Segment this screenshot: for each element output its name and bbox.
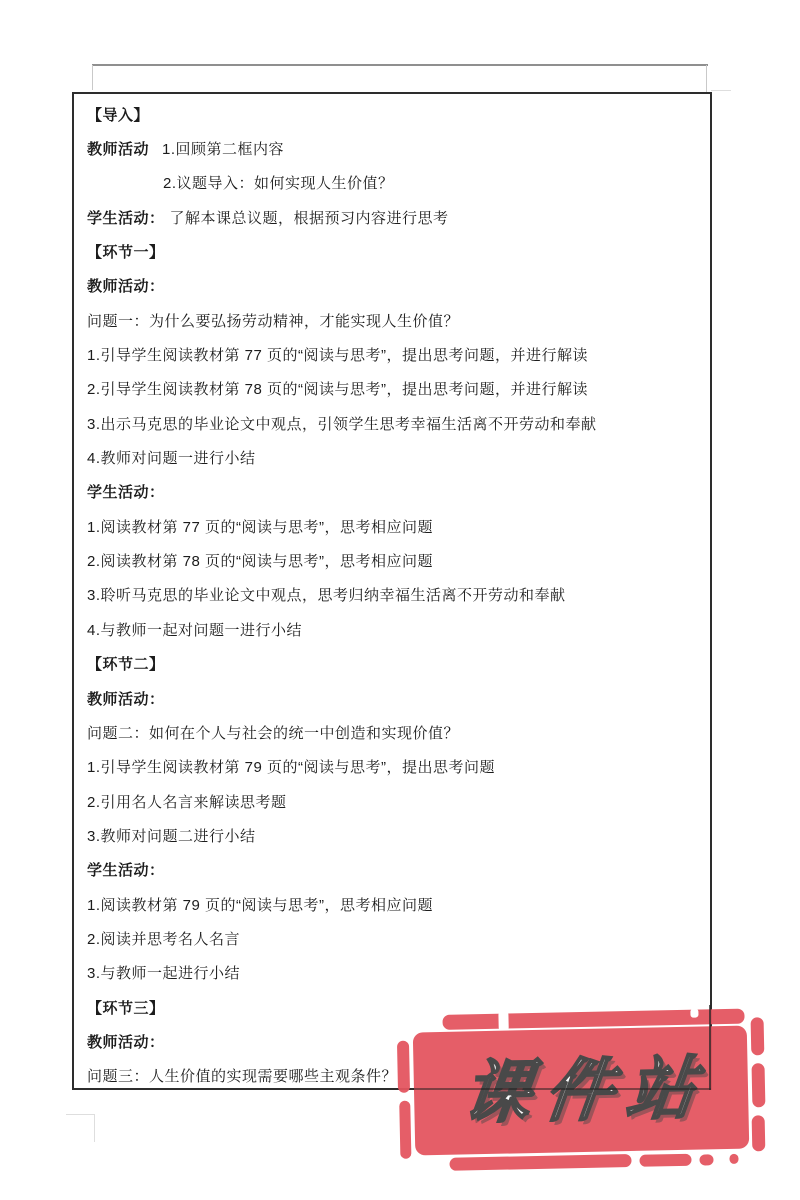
stamp-border-notch [690, 1009, 698, 1018]
margin-mark [66, 1114, 95, 1115]
stamp-body: 课件站 [413, 1026, 750, 1156]
paragraph: 4.教师对问题一进行小结 [74, 440, 710, 474]
table-border-overlay [413, 1088, 711, 1090]
section-heading: 【环节二】 [74, 647, 710, 681]
paragraph: 2.议题导入：如何实现人生价值？ [74, 166, 710, 200]
margin-mark [92, 65, 93, 90]
paragraph-text: 1.回顾第二框内容 [162, 138, 284, 159]
stamp-border-segment [449, 1154, 631, 1171]
paragraph: 1.引导学生阅读教材第 79 页的“阅读与思考”，提出思考问题 [74, 750, 710, 784]
paragraph: 问题二：如何在个人与社会的统一中创造和实现价值？ [74, 715, 710, 749]
stamp-border-notch [498, 1012, 508, 1031]
paragraph: 3.与教师一起进行小结 [74, 956, 710, 990]
activity-label: 教师活动 [87, 138, 149, 159]
paragraph: 2.引用名人名言来解读思考题 [74, 784, 710, 818]
stamp-text: 课件站 [449, 1054, 713, 1128]
section-heading: 【环节一】 [74, 234, 710, 268]
stamp-border-segment [699, 1154, 713, 1165]
paragraph: 学生活动：了解本课总议题，根据预习内容进行思考 [74, 200, 710, 234]
document-page: 【导入】教师活动1.回顾第二框内容2.议题导入：如何实现人生价值？学生活动：了解… [0, 0, 800, 1200]
paragraph: 2.阅读并思考名人名言 [74, 921, 710, 955]
stamp-border-segment [752, 1115, 766, 1151]
stamp-border-segment [729, 1154, 738, 1164]
stamp-border-segment [397, 1041, 410, 1093]
paragraph: 1.引导学生阅读教材第 77 页的“阅读与思考”，提出思考问题，并进行解读 [74, 337, 710, 371]
stamp-border-segment [752, 1063, 766, 1107]
paragraph: 3.聆听马克思的毕业论文中观点，思考归纳幸福生活离不开劳动和奉献 [74, 578, 710, 612]
margin-mark [706, 65, 707, 92]
paragraph: 1.阅读教材第 79 页的“阅读与思考”，思考相应问题 [74, 887, 710, 921]
paragraph: 2.引导学生阅读教材第 78 页的“阅读与思考”，提出思考问题，并进行解读 [74, 372, 710, 406]
page-break-line [92, 64, 708, 66]
paragraph: 教师活动： [74, 269, 710, 303]
stamp-border-segment [399, 1101, 411, 1159]
paragraph: 1.阅读教材第 77 页的“阅读与思考”，思考相应问题 [74, 509, 710, 543]
activity-label: 学生活动： [87, 207, 165, 228]
stamp-border-segment [639, 1154, 691, 1167]
margin-mark [711, 90, 731, 91]
paragraph: 3.出示马克思的毕业论文中观点，引领学生思考幸福生活离不开劳动和奉献 [74, 406, 710, 440]
paragraph: 3.教师对问题二进行小结 [74, 818, 710, 852]
section-heading: 【导入】 [74, 97, 710, 131]
paragraph: 学生活动： [74, 475, 710, 509]
stamp-border-segment [751, 1017, 765, 1055]
paragraph: 教师活动1.回顾第二框内容 [74, 131, 710, 165]
paragraph: 学生活动： [74, 853, 710, 887]
paragraph: 问题一：为什么要弘扬劳动精神，才能实现人生价值？ [74, 303, 710, 337]
margin-mark [94, 1114, 95, 1142]
table-border-overlay [709, 1005, 711, 1090]
paragraph: 教师活动： [74, 681, 710, 715]
paragraph: 4.与教师一起对问题一进行小结 [74, 612, 710, 646]
paragraph-text: 了解本课总议题，根据预习内容进行思考 [170, 207, 449, 228]
lesson-table-cell: 【导入】教师活动1.回顾第二框内容2.议题导入：如何实现人生价值？学生活动：了解… [72, 92, 712, 1090]
paragraph: 2.阅读教材第 78 页的“阅读与思考”，思考相应问题 [74, 543, 710, 577]
